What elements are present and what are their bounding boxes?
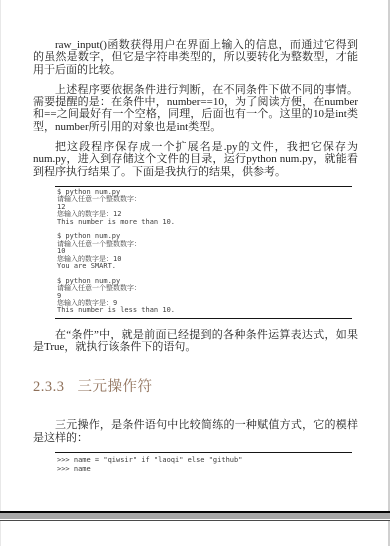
python-code-block: >>> name = "qiwsir" if "laoqi" else "git… [55,452,352,476]
page-left-edge [0,0,1,546]
paragraph-raw-input: raw_input()函数获得用户在界面上输入的信息，而通过它得到的虽然是数字，… [33,39,358,76]
paragraph-condition-note: 上述程序要依据条件进行判断，在不同条件下做不同的事情。需要提醒的是：在条件中，n… [33,84,358,133]
page-bottom-divider [0,511,390,521]
section-heading: 2.3.3三元操作符 [33,375,358,396]
paragraph-save-file: 把这段程序保存成一个扩展名是.py的文件，我把它保存为num.py，进入到存储这… [33,141,358,178]
section-title: 三元操作符 [78,379,153,395]
page-content: raw_input()函数获得用户在界面上输入的信息，而通过它得到的虽然是数字，… [0,0,390,476]
divider-thin-line [0,520,390,521]
document-page: raw_input()函数获得用户在界面上输入的信息，而通过它得到的虽然是数字，… [0,0,390,546]
paragraph-condition-explain: 在“条件”中，就是前面已经提到的各种条件运算表达式，如果是True，就执行该条件… [33,329,358,354]
terminal-output-block: $ python num.py 请输入任意一个整数数字： 12 您输入的数字是：… [55,186,352,319]
section-number: 2.3.3 [33,379,65,395]
paragraph-ternary-intro: 三元操作，是条件语句中比较简练的一种赋值方式，它的模样是这样的： [33,419,358,444]
